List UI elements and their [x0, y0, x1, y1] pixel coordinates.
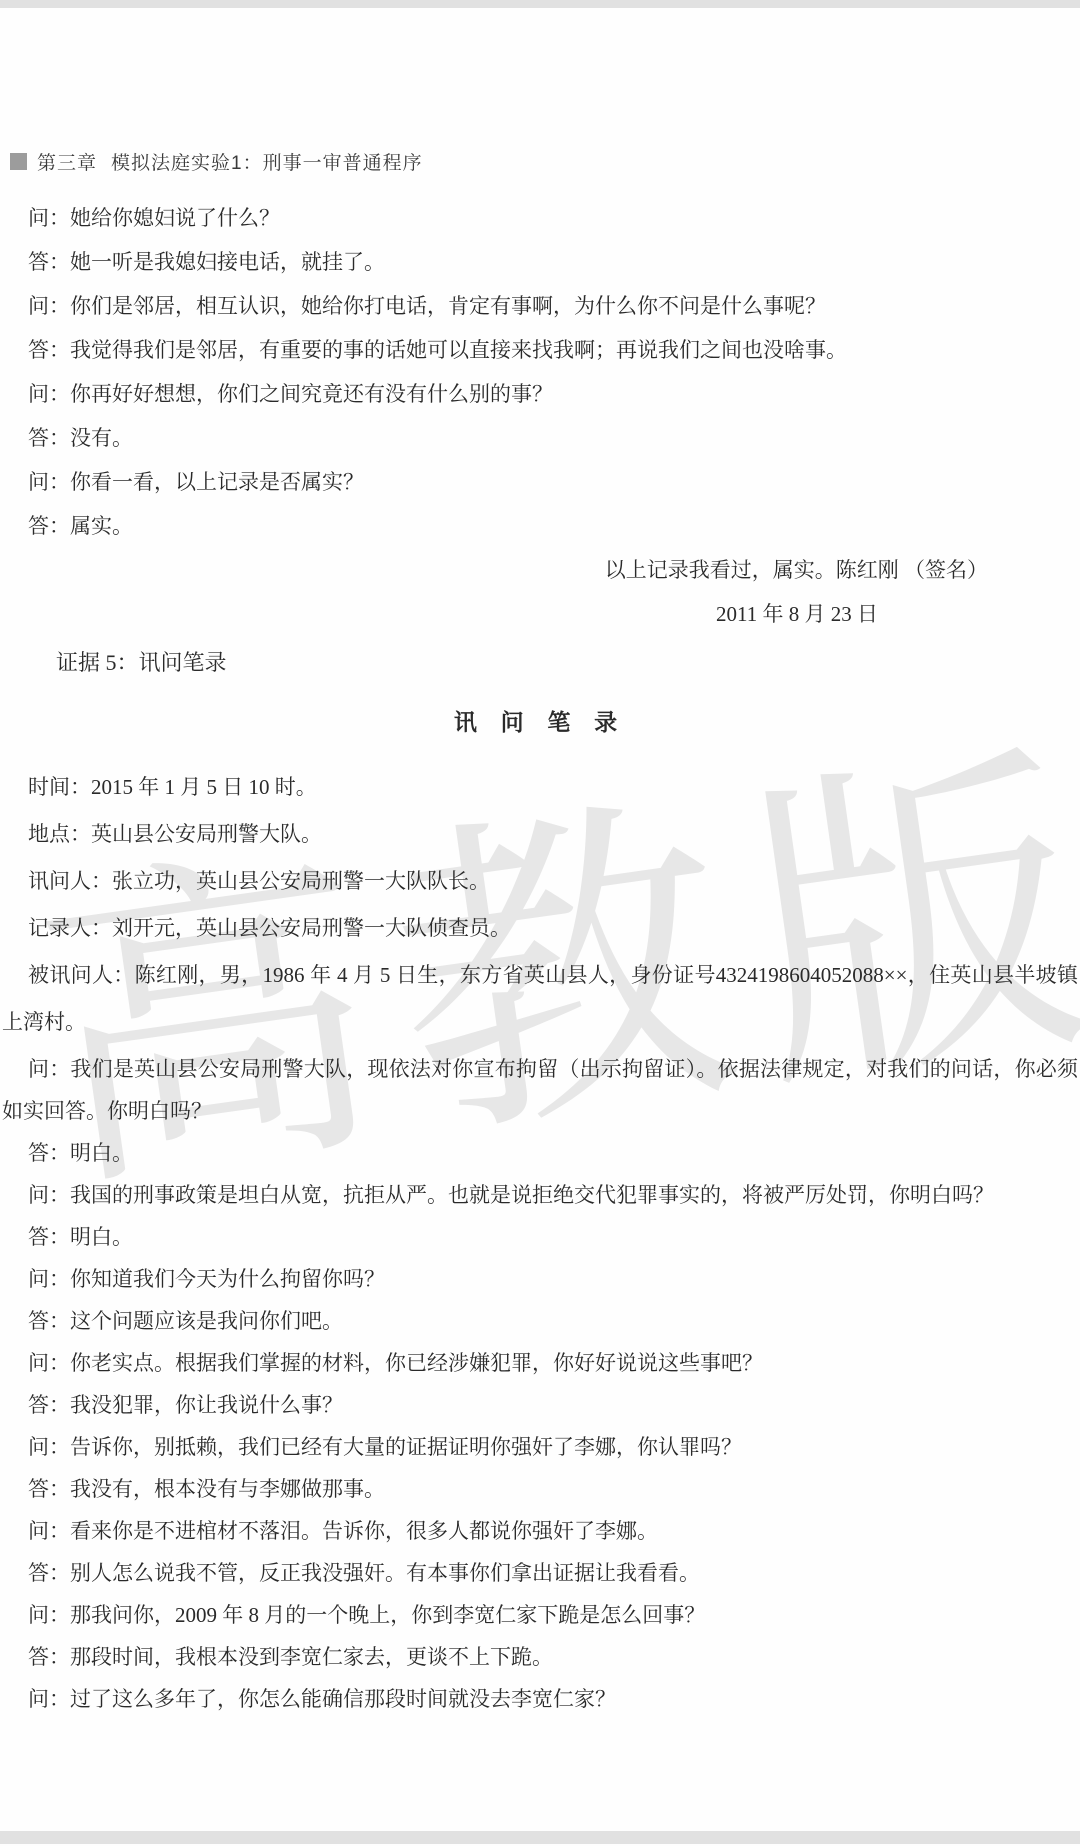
qa-line: 答：我觉得我们是邻居，有重要的事的话她可以直接来找我啊；再说我们之间也没啥事。 — [2, 328, 1078, 372]
signature-date: 2011 年 8 月 23 日 — [2, 592, 1078, 636]
qa-line: 问：我们是英山县公安局刑警大队，现依法对你宣布拘留（出示拘留证）。依据法律规定，… — [2, 1048, 1078, 1132]
qa-line: 问：过了这么多年了，你怎么能确信那段时间就没去李宽仁家？ — [2, 1678, 1078, 1720]
signature-line: 以上记录我看过，属实。陈红刚 （签名） — [2, 548, 1078, 592]
qa-line: 答：没有。 — [2, 416, 1078, 460]
evidence-label-block: 证据 5：讯问笔录 — [2, 648, 1078, 678]
meta-line-interrogator: 讯问人：张立功，英山县公安局刑警一大队队长。 — [2, 858, 1078, 905]
document-page: 第三章 模拟法庭实验1：刑事一审普通程序 高教版 问：她给你媳妇说了什么？ 答：… — [0, 0, 1080, 1846]
record-meta: 时间：2015 年 1 月 5 日 10 时。 地点：英山县公安局刑警大队。 讯… — [2, 764, 1078, 1046]
qa-line: 答：这个问题应该是我问你们吧。 — [2, 1300, 1078, 1342]
qa-line: 答：那段时间，我根本没到李宽仁家去，更谈不上下跪。 — [2, 1636, 1078, 1678]
qa-line: 答：明白。 — [2, 1216, 1078, 1258]
page-bottom-edge — [0, 1831, 1080, 1844]
qa-line: 答：别人怎么说我不管，反正我没强奸。有本事你们拿出证据让我看看。 — [2, 1552, 1078, 1594]
qa-line: 答：我没有，根本没有与李娜做那事。 — [2, 1468, 1078, 1510]
signature-block: 以上记录我看过，属实。陈红刚 （签名） 2011 年 8 月 23 日 — [2, 548, 1078, 636]
square-bullet-icon — [10, 153, 27, 170]
qa-line: 问：你知道我们今天为什么拘留你吗？ — [2, 1258, 1078, 1300]
qa-line: 问：她给你媳妇说了什么？ — [2, 196, 1078, 240]
qa-line: 问：你看一看，以上记录是否属实？ — [2, 460, 1078, 504]
qa-line: 问：告诉你，别抵赖，我们已经有大量的证据证明你强奸了李娜，你认罪吗？ — [2, 1426, 1078, 1468]
page-top-edge — [0, 0, 1080, 8]
meta-line-time: 时间：2015 年 1 月 5 日 10 时。 — [2, 764, 1078, 811]
qa-line: 问：看来你是不进棺材不落泪。告诉你，很多人都说你强奸了李娜。 — [2, 1510, 1078, 1552]
dialog-section-1: 问：她给你媳妇说了什么？ 答：她一听是我媳妇接电话，就挂了。 问：你们是邻居，相… — [2, 196, 1078, 548]
qa-line: 答：我没犯罪，你让我说什么事？ — [2, 1384, 1078, 1426]
chapter-header: 第三章 模拟法庭实验1：刑事一审普通程序 — [10, 148, 423, 175]
qa-line: 问：我国的刑事政策是坦白从宽，抗拒从严。也就是说拒绝交代犯罪事实的，将被严厉处罚… — [2, 1174, 1078, 1216]
qa-line: 答：明白。 — [2, 1132, 1078, 1174]
qa-line: 答：属实。 — [2, 504, 1078, 548]
chapter-title: 模拟法庭实验1：刑事一审普通程序 — [111, 148, 423, 175]
qa-line: 问：你老实点。根据我们掌握的材料，你已经涉嫌犯罪，你好好说说这些事吧？ — [2, 1342, 1078, 1384]
record-title-block: 讯 问 笔 录 — [2, 706, 1078, 740]
chapter-number: 第三章 — [37, 148, 97, 175]
evidence-label: 证据 5：讯问笔录 — [2, 648, 1078, 678]
qa-line: 问：你们是邻居，相互认识，她给你打电话，肯定有事啊，为什么你不问是什么事呢？ — [2, 284, 1078, 328]
record-title: 讯 问 笔 录 — [2, 706, 1078, 740]
qa-line: 问：你再好好想想，你们之间究竟还有没有什么别的事？ — [2, 372, 1078, 416]
qa-line: 答：她一听是我媳妇接电话，就挂了。 — [2, 240, 1078, 284]
qa-line: 问：那我问你，2009 年 8 月的一个晚上，你到李宽仁家下跪是怎么回事？ — [2, 1594, 1078, 1636]
meta-line-place: 地点：英山县公安局刑警大队。 — [2, 811, 1078, 858]
meta-line-recorder: 记录人：刘开元，英山县公安局刑警一大队侦查员。 — [2, 905, 1078, 952]
meta-line-interrogated-person: 被讯问人：陈红刚，男，1986 年 4 月 5 日生，东方省英山县人，身份证号4… — [2, 952, 1078, 1046]
dialog-section-2: 问：我们是英山县公安局刑警大队，现依法对你宣布拘留（出示拘留证）。依据法律规定，… — [2, 1048, 1078, 1720]
